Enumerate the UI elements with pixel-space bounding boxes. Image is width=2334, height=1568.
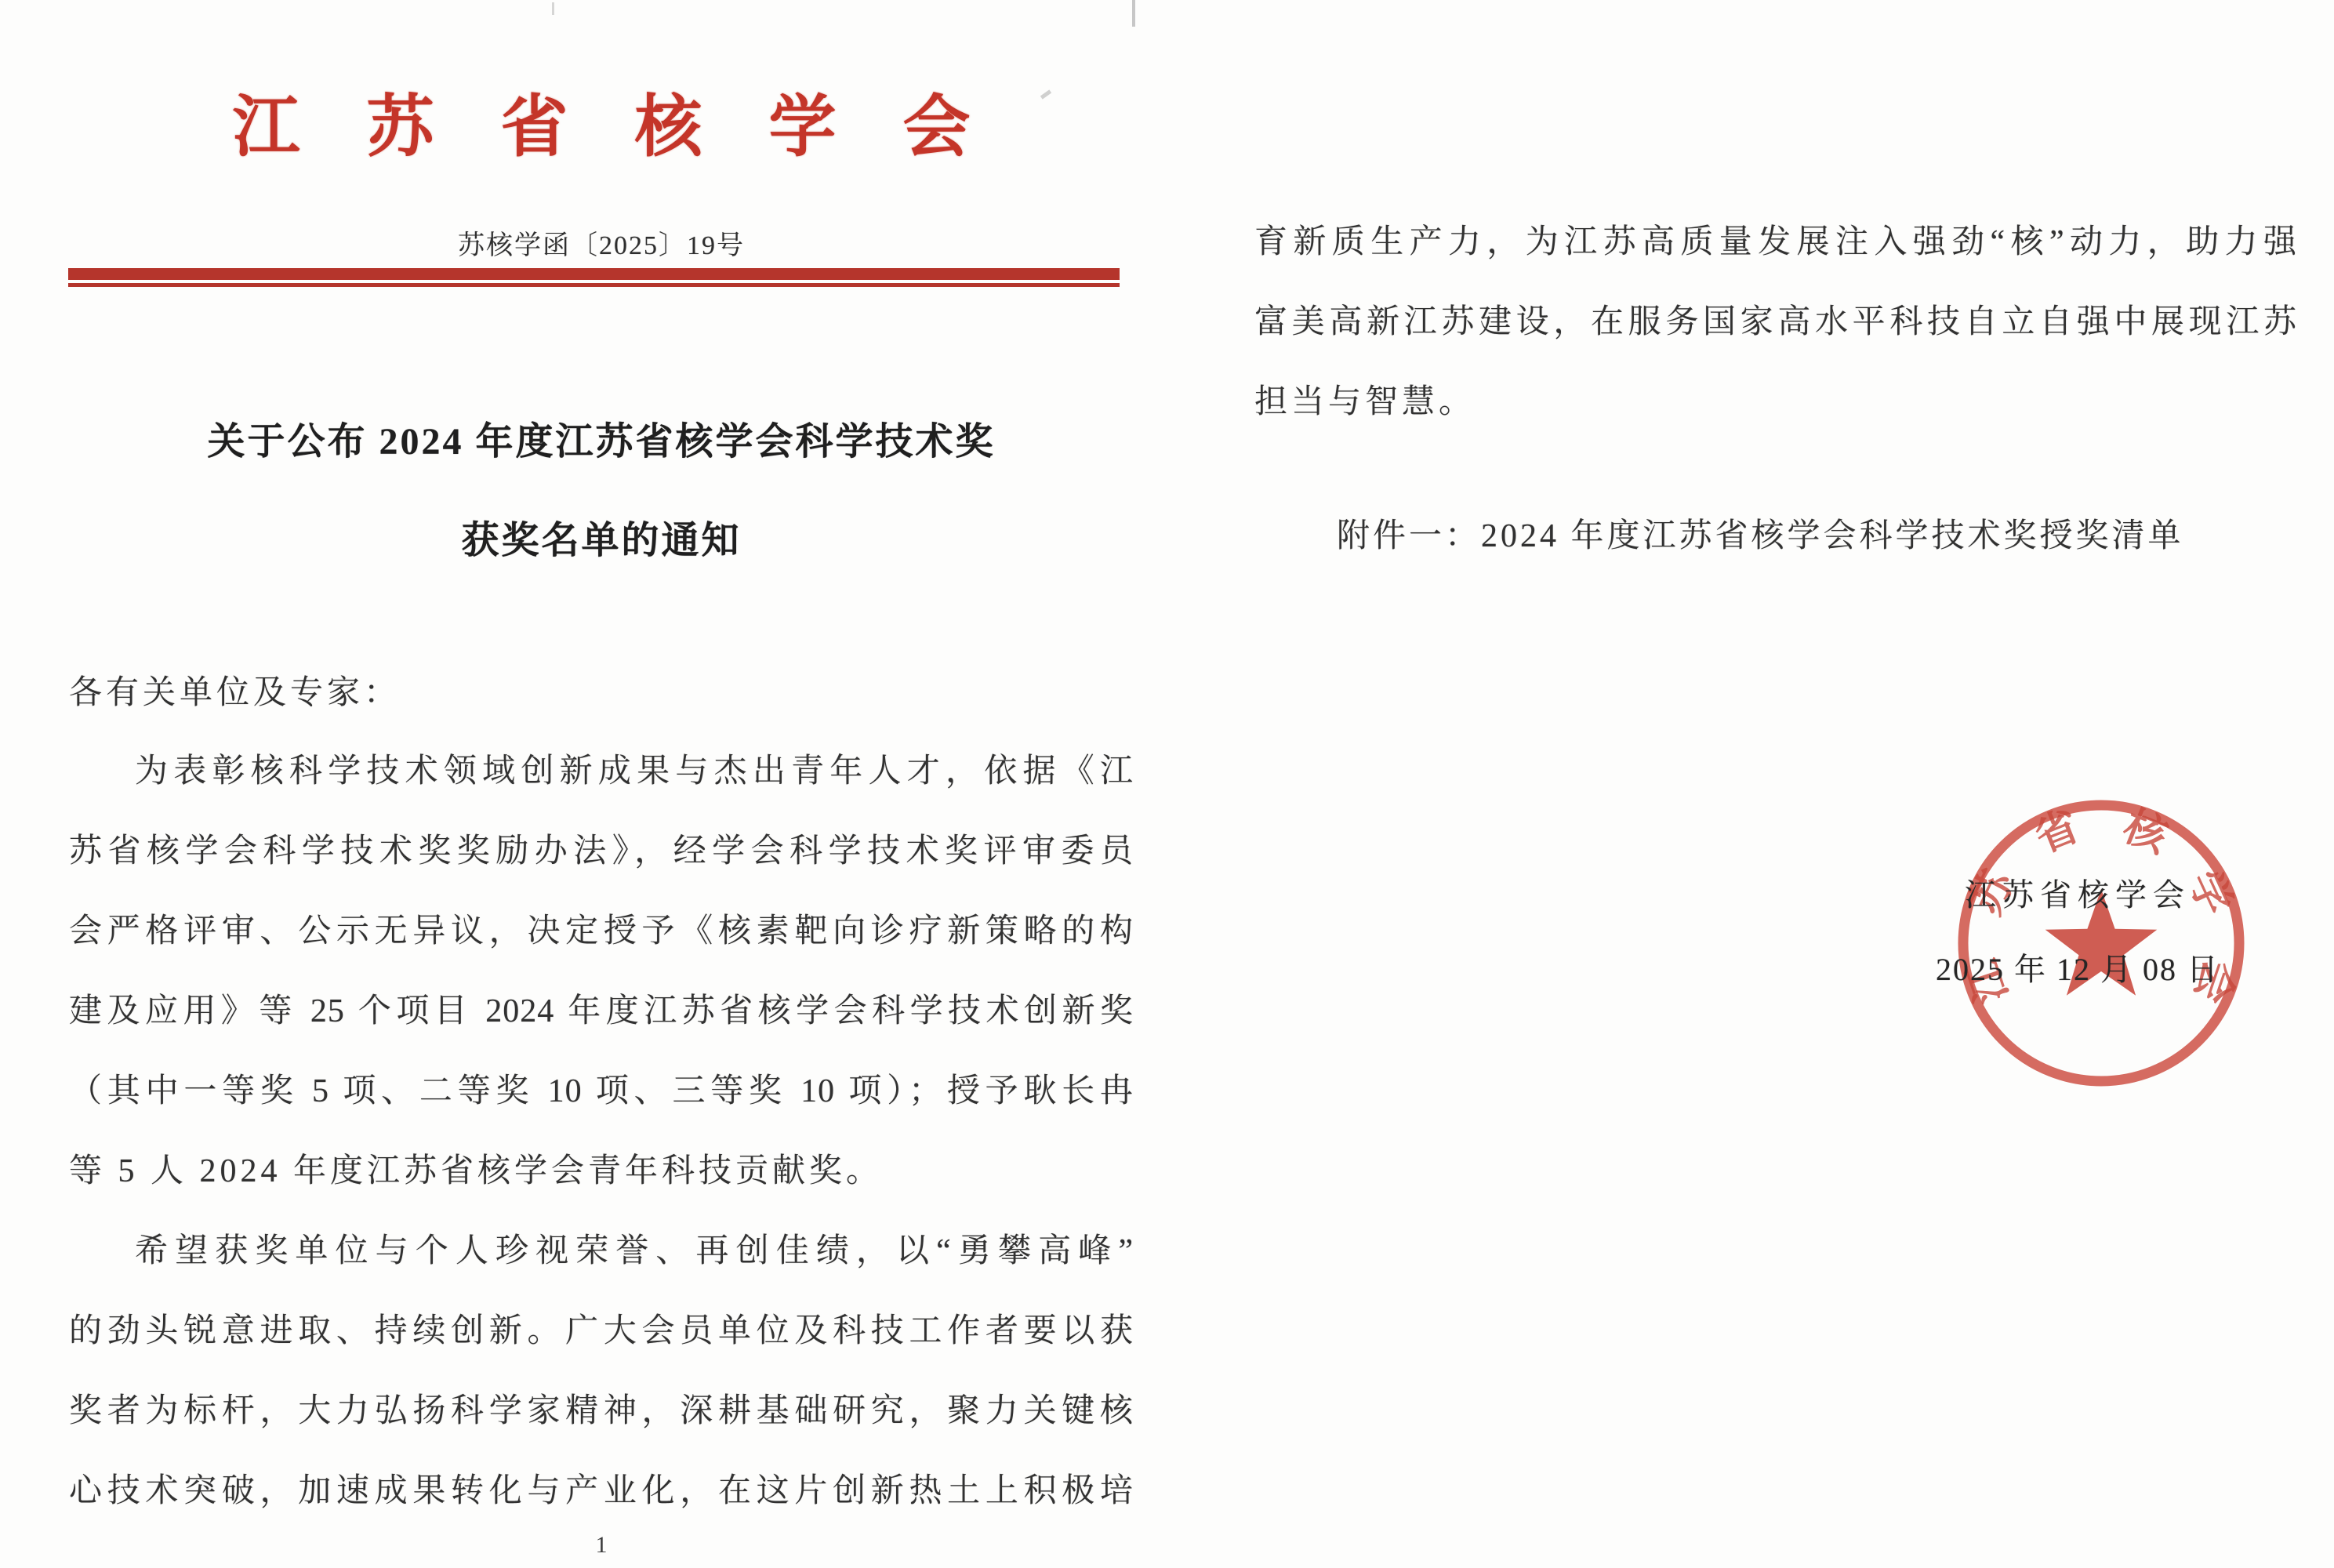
signature-org: 江苏省核学会 bbox=[1905, 870, 2250, 915]
body-line: 建及应用》等 25 个项目 2024 年度江苏省核学会科学技术创新奖 bbox=[69, 971, 1134, 1051]
attachment-line: 附件一：2024 年度江苏省核学会科学技术奖授奖清单 bbox=[1254, 510, 2297, 557]
letterhead-org-name: 江苏省核学会 bbox=[69, 72, 1134, 169]
page-number: 1 bbox=[69, 1532, 1134, 1559]
body-line: 育新质生产力，为江苏高质量发展注入强劲“核”动力，助力强 bbox=[1254, 202, 2297, 282]
notice-body-right: 育新质生产力，为江苏高质量发展注入强劲“核”动力，助力强 富美高新江苏建设，在服… bbox=[1254, 202, 2297, 442]
body-line: 富美高新江苏建设，在服务国家高水平科技自立自强中展现江苏 bbox=[1254, 282, 2297, 362]
notice-body-left: 为表彰核科学技术领域创新成果与杰出青年人才，依据《江 苏省核学会科学技术奖奖励办… bbox=[69, 731, 1134, 1531]
scan-speck bbox=[552, 2, 554, 15]
body-line: 的劲头锐意进取、持续创新。广大会员单位及科技工作者要以获 bbox=[69, 1291, 1134, 1371]
salutation: 各有关单位及专家： bbox=[69, 666, 401, 713]
document-page-1: 江苏省核学会 苏核学函〔2025〕19号 关于公布 2024 年度江苏省核学会科… bbox=[0, 0, 1167, 1568]
notice-title-line1: 关于公布 2024 年度江苏省核学会科学技术奖 bbox=[69, 411, 1134, 465]
body-line: （其中一等奖 5 项、二等奖 10 项、三等奖 10 项）；授予耿长冉 bbox=[69, 1051, 1134, 1131]
signature-date: 2025 年 12 月 08 日 bbox=[1905, 945, 2250, 989]
body-line: 希望获奖单位与个人珍视荣誉、再创佳绩，以“勇攀高峰” bbox=[69, 1211, 1134, 1291]
letterhead-red-rule bbox=[68, 268, 1120, 287]
body-line: 会严格评审、公示无异议，决定授予《核素靶向诊疗新策略的构 bbox=[69, 891, 1134, 971]
body-line: 奖者为标杆，大力弘扬科学家精神，深耕基础研究，聚力关键核 bbox=[69, 1371, 1134, 1451]
document-page-2: 育新质生产力，为江苏高质量发展注入强劲“核”动力，助力强 富美高新江苏建设，在服… bbox=[1167, 0, 2334, 1568]
body-line: 心技术突破，加速成果转化与产业化，在这片创新热土上积极培 bbox=[69, 1451, 1134, 1531]
body-line: 担当与智慧。 bbox=[1254, 362, 2297, 442]
official-seal: 江苏省核学会 bbox=[1952, 794, 2250, 1092]
notice-title-line2: 获奖名单的通知 bbox=[69, 510, 1134, 564]
document-number: 苏核学函〔2025〕19号 bbox=[69, 223, 1134, 262]
body-line: 为表彰核科学技术领域创新成果与杰出青年人才，依据《江 bbox=[69, 731, 1134, 811]
scan-speck bbox=[1132, 0, 1135, 27]
body-line: 等 5 人 2024 年度江苏省核学会青年科技贡献奖。 bbox=[69, 1131, 1134, 1211]
body-line: 苏省核学会科学技术奖奖励办法》，经学会科学技术奖评审委员 bbox=[69, 811, 1134, 891]
